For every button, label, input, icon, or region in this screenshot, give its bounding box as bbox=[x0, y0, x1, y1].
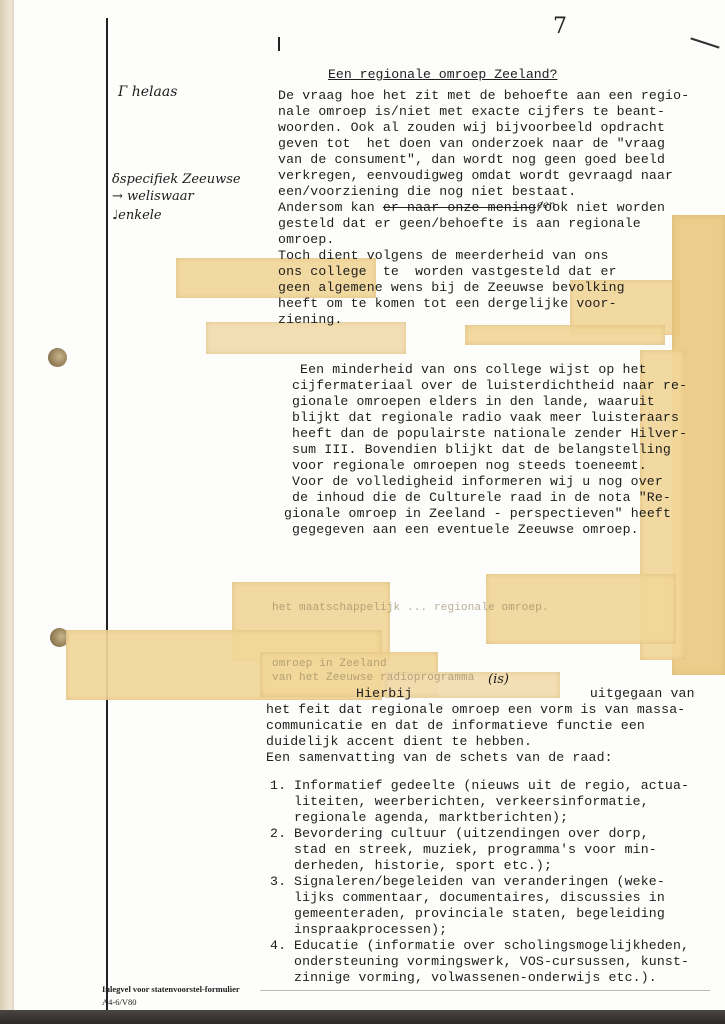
text-line: nale omroep is/niet met exacte cijfers t… bbox=[278, 104, 665, 121]
text-line: heeft om te komen tot een dergelijke voo… bbox=[278, 296, 617, 313]
list-item-line: Informatief gedeelte (nieuws uit de regi… bbox=[294, 778, 689, 795]
taped-fragment: van het Zeeuwse radioprogramma bbox=[272, 670, 475, 687]
list-item-line: inspraakprocessen); bbox=[294, 922, 447, 939]
list-number: 3. bbox=[270, 874, 286, 891]
list-item-line: ondersteuning vormingswerk, VOS-cursusse… bbox=[294, 954, 689, 971]
text-line: heeft dan de populairste nationale zende… bbox=[292, 426, 687, 443]
text-line: communicatie en dat de informatieve func… bbox=[266, 718, 645, 735]
handwritten-insert: (is) bbox=[488, 672, 509, 687]
list-item-line: Educatie (informatie over scholingsmogel… bbox=[294, 938, 689, 955]
margin-note: ♩enkele bbox=[112, 208, 162, 223]
scan-background bbox=[0, 1010, 725, 1024]
text-line: gionale omroep in Zeeland - perspectieve… bbox=[284, 506, 671, 523]
text-line: De vraag hoe het zit met de behoefte aan… bbox=[278, 88, 689, 105]
text-line: Een minderheid van ons college wijst op … bbox=[300, 362, 647, 379]
margin-tick-mark bbox=[278, 37, 280, 51]
text-line: Hierbij uitgegaan van bbox=[356, 686, 695, 703]
text-line: omroep. bbox=[278, 232, 334, 249]
text-line: ziening. bbox=[278, 312, 343, 329]
text-span: /ook niet worden bbox=[536, 200, 665, 215]
text-line: sum III. Bovendien blijkt dat de belangs… bbox=[292, 442, 671, 459]
text-line: blijkt dat regionale radio vaak meer lui… bbox=[292, 410, 679, 427]
tape-strip bbox=[465, 325, 665, 345]
list-item-line: stad en streek, muziek, programma's voor… bbox=[294, 842, 657, 859]
text-line: verkregen, eenvoudigweg omdat wordt gevr… bbox=[278, 168, 673, 185]
margin-rule bbox=[106, 18, 108, 1010]
margin-note: Г helaas bbox=[118, 84, 177, 100]
text-line: Andersom kan er naar onze mening/ook nie… bbox=[278, 200, 665, 217]
text-span: Andersom kan bbox=[278, 200, 383, 215]
text-line: gesteld dat er geen/behoefte is aan regi… bbox=[278, 216, 641, 233]
document-title: Een regionale omroep Zeeland? bbox=[328, 67, 558, 82]
text-line: van de consument", dan wordt nog geen go… bbox=[278, 152, 665, 169]
margin-note: → weliswaar bbox=[112, 189, 194, 204]
text-line: cijfermateriaal over de luisterdichtheid… bbox=[292, 378, 687, 395]
page-number: 7 bbox=[553, 14, 567, 39]
list-item-line: regionale agenda, marktberichten); bbox=[294, 810, 568, 827]
taped-fragment: het maatschappelijk ... regionale omroep… bbox=[272, 600, 549, 617]
paste-edge-line bbox=[260, 990, 710, 991]
list-item-line: liteiten, weerberichten, verkeersinforma… bbox=[294, 794, 649, 811]
list-item-line: Bevordering cultuur (uitzendingen over d… bbox=[294, 826, 649, 843]
list-item-line: derheden, historie, sport etc.); bbox=[294, 858, 552, 875]
text-line: ons college te worden vastgesteld dat er bbox=[278, 264, 617, 281]
text-line: geven tot het doen van onderzoek naar de… bbox=[278, 136, 665, 153]
text-line: Toch dient volgens de meerderheid van on… bbox=[278, 248, 609, 265]
form-footer-code: A4-6/V80 bbox=[102, 997, 136, 1007]
punch-hole-icon bbox=[48, 348, 67, 367]
list-item-line: lijks commentaar, documentaires, discuss… bbox=[294, 890, 665, 907]
text-line: voor regionale omroepen nog steeds toene… bbox=[292, 458, 647, 475]
text-line: woorden. Ook al zouden wij bijvoorbeeld … bbox=[278, 120, 665, 137]
list-number: 2. bbox=[270, 826, 286, 843]
text-line: duidelijk accent dient te hebben. bbox=[266, 734, 532, 751]
text-line: geen algemene wens bij de Zeeuwse bevolk… bbox=[278, 280, 625, 297]
form-footer-title: Inlegvel voor statenvoorstel-formulier bbox=[102, 984, 240, 994]
text-line: de inhoud die de Culturele raad in de no… bbox=[292, 490, 671, 507]
text-line: gionale omroepen elders in den lande, wa… bbox=[292, 394, 655, 411]
list-item-line: Signaleren/begeleiden van veranderingen … bbox=[294, 874, 665, 891]
handwritten-insert: een bbox=[537, 200, 555, 211]
margin-note: δspecifiek Zeeuwse bbox=[112, 172, 241, 187]
list-number: 4. bbox=[270, 938, 286, 955]
list-item-line: zinnige vorming, volwassenen-onderwijs e… bbox=[294, 970, 657, 987]
text-line: een/voorziening die nog niet bestaat. bbox=[278, 184, 576, 201]
text-line: het feit dat regionale omroep een vorm i… bbox=[266, 702, 685, 719]
list-number: 1. bbox=[270, 778, 286, 795]
text-line: gegegeven aan een eventuele Zeeuwse omro… bbox=[292, 522, 639, 539]
text-line: Een samenvatting van de schets van de ra… bbox=[266, 750, 613, 767]
text-line: Voor de volledigheid informeren wij u no… bbox=[292, 474, 663, 491]
struck-text: er naar onze mening bbox=[383, 200, 536, 215]
list-item-line: gemeenteraden, provinciale staten, begel… bbox=[294, 906, 665, 923]
